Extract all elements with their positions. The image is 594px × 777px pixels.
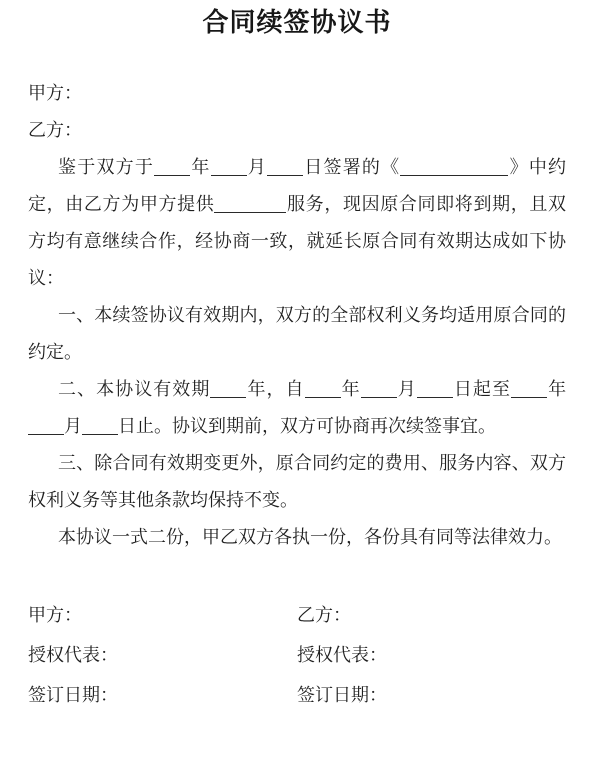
fill-in-blank xyxy=(361,396,397,398)
fill-in-blank xyxy=(154,174,190,176)
signature-block: 甲方： 授权代表： 签订日期： 乙方： 授权代表： 签订日期： xyxy=(28,595,566,715)
party-b-sign-date-label: 签订日期： xyxy=(297,675,566,715)
preamble-paragraph: 鉴于双方于年月日签署的《》中约定，由乙方为甲方提供服务，现因原合同即将到期，且双… xyxy=(28,149,566,297)
fill-in-blank xyxy=(417,396,453,398)
party-a-label: 甲方： xyxy=(28,75,566,112)
party-a-signature-column: 甲方： 授权代表： 签订日期： xyxy=(28,595,297,715)
clause-2-paragraph: 二、本协议有效期年，自年月日起至年月日止。协议到期前，双方可协商再次续签事宜。 xyxy=(28,371,566,445)
fill-in-blank xyxy=(82,433,118,435)
fill-in-blank xyxy=(511,396,547,398)
fill-in-blank xyxy=(210,396,246,398)
fill-in-blank xyxy=(305,396,341,398)
party-b-signature-column: 乙方： 授权代表： 签订日期： xyxy=(297,595,566,715)
contract-document-page: 合同续签协议书 甲方： 乙方： 鉴于双方于年月日签署的《》中约定，由乙方为甲方提… xyxy=(0,0,594,777)
party-b-sign-label: 乙方： xyxy=(297,595,566,635)
party-a-representative-label: 授权代表： xyxy=(28,635,297,675)
party-a-sign-label: 甲方： xyxy=(28,595,297,635)
fill-in-blank xyxy=(267,174,303,176)
parties-section: 甲方： 乙方： xyxy=(28,75,566,149)
fill-in-blank xyxy=(28,433,64,435)
document-title: 合同续签协议书 xyxy=(28,6,566,39)
fill-in-blank xyxy=(400,174,508,176)
clause-1-paragraph: 一、本续签协议有效期内，双方的全部权利义务均适用原合同的约定。 xyxy=(28,297,566,371)
fill-in-blank xyxy=(211,174,247,176)
party-b-representative-label: 授权代表： xyxy=(297,635,566,675)
party-a-sign-date-label: 签订日期： xyxy=(28,675,297,715)
party-b-label: 乙方： xyxy=(28,112,566,149)
fill-in-blank xyxy=(214,211,286,213)
clause-3-paragraph: 三、除合同有效期变更外，原合同约定的费用、服务内容、双方权利义务等其他条款均保持… xyxy=(28,445,566,519)
closing-paragraph: 本协议一式二份，甲乙双方各执一份，各份具有同等法律效力。 xyxy=(28,519,566,556)
